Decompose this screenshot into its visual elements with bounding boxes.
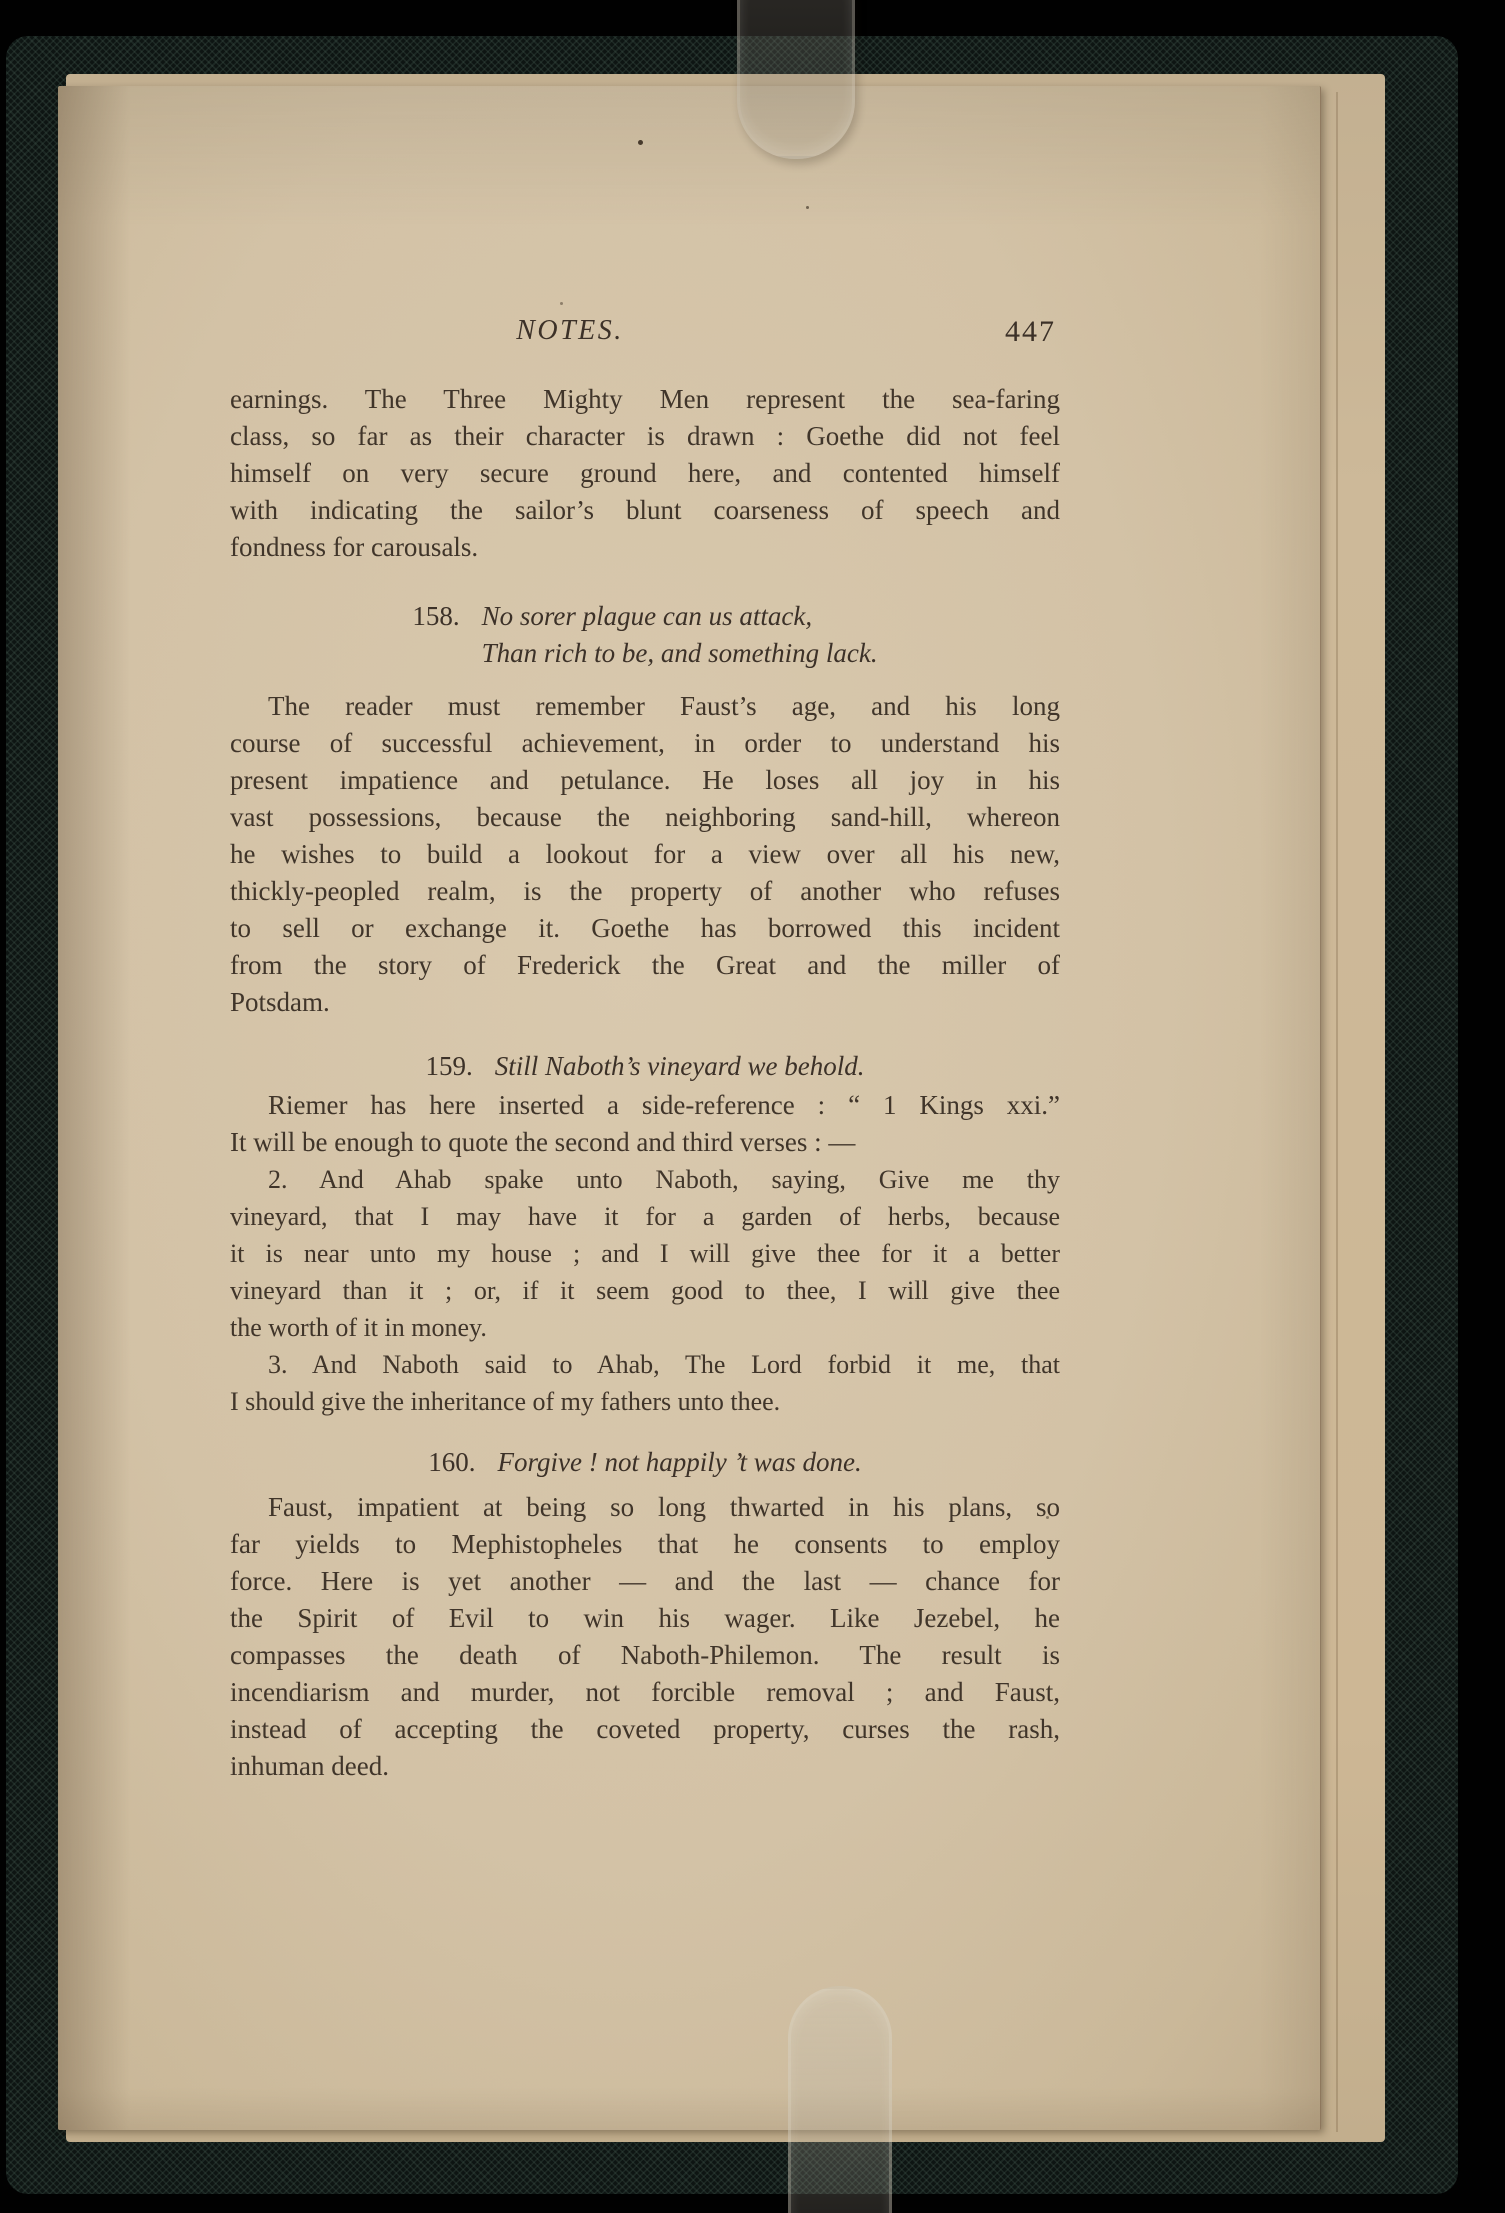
- scripture: 3. And Naboth said to Ahab, The Lord for…: [230, 1346, 1060, 1420]
- text-line: Riemer has here inserted a side-referenc…: [230, 1087, 1060, 1124]
- text-line: vineyard than it ; or, if it seem good t…: [230, 1272, 1060, 1309]
- text-line: he wishes to build a lookout for a view …: [230, 836, 1060, 873]
- text-line: the worth of it in money.: [230, 1309, 1060, 1346]
- note-heading: 159.Still Naboth’s vineyard we behold.: [230, 1048, 1060, 1085]
- dust-speck: [638, 140, 643, 145]
- text-line: vineyard, that I may have it for a garde…: [230, 1198, 1060, 1235]
- text-line: far yields to Mephistopheles that he con…: [230, 1526, 1060, 1563]
- text-line: compasses the death of Naboth-Philemon. …: [230, 1637, 1060, 1674]
- page-edge-seam: [1336, 92, 1338, 2132]
- note-number: 159.: [426, 1048, 473, 1085]
- text-line: It will be enough to quote the second an…: [230, 1124, 1060, 1161]
- text-line: Potsdam.: [230, 984, 1060, 1021]
- text-line: fondness for carousals.: [230, 529, 1060, 566]
- text-line: class, so far as their character is draw…: [230, 418, 1060, 455]
- text-line: to sell or exchange it. Goethe has borro…: [230, 910, 1060, 947]
- dust-speck: [1046, 1516, 1049, 1519]
- dust-speck: [806, 206, 809, 209]
- text-line: inhuman deed.: [230, 1748, 1060, 1785]
- text-line: thickly-peopled realm, is the property o…: [230, 873, 1060, 910]
- text-line: Faust, impatient at being so long thwart…: [230, 1489, 1060, 1526]
- book-photo: NOTES. 447 earnings. The Three Mighty Me…: [0, 0, 1505, 2213]
- text-line: The reader must remember Faust’s age, an…: [230, 688, 1060, 725]
- text-line: vast possessions, because the neighborin…: [230, 799, 1060, 836]
- verse-line: Still Naboth’s vineyard we behold.: [495, 1048, 865, 1085]
- page-header: NOTES. 447: [230, 315, 1060, 355]
- paragraph: Faust, impatient at being so long thwart…: [230, 1489, 1060, 1785]
- verse-line: Forgive ! not happily ’t was done.: [498, 1444, 862, 1481]
- note-heading: 160.Forgive ! not happily ’t was done.: [230, 1444, 1060, 1481]
- dust-speck: [560, 302, 563, 305]
- verse-line: No sorer plague can us attack,: [482, 598, 878, 635]
- note-number: 158.: [412, 598, 459, 672]
- text-line: earnings. The Three Mighty Men represent…: [230, 381, 1060, 418]
- text-line: instead of accepting the coveted propert…: [230, 1711, 1060, 1748]
- page-holder-strap-bottom: [788, 1986, 892, 2213]
- verse-line: Than rich to be, and something lack.: [482, 635, 878, 672]
- book-page: NOTES. 447 earnings. The Three Mighty Me…: [58, 86, 1321, 2130]
- note-verse-quote: No sorer plague can us attack,Than rich …: [482, 598, 878, 672]
- text-line: course of successful achievement, in ord…: [230, 725, 1060, 762]
- note-heading: 158.No sorer plague can us attack,Than r…: [230, 598, 1060, 672]
- paragraph: earnings. The Three Mighty Men represent…: [230, 381, 1060, 566]
- text-column: NOTES. 447 earnings. The Three Mighty Me…: [230, 315, 1060, 1785]
- note-number: 160.: [428, 1444, 475, 1481]
- page-title: NOTES.: [230, 315, 910, 347]
- text-line: the Spirit of Evil to win his wager. Lik…: [230, 1600, 1060, 1637]
- text-line: incendiarism and murder, not forcible re…: [230, 1674, 1060, 1711]
- text-line: force. Here is yet another — and the las…: [230, 1563, 1060, 1600]
- text-line: 3. And Naboth said to Ahab, The Lord for…: [230, 1346, 1060, 1383]
- text-line: present impatience and petulance. He los…: [230, 762, 1060, 799]
- note-verse-quote: Forgive ! not happily ’t was done.: [498, 1444, 862, 1481]
- scripture: 2. And Ahab spake unto Naboth, saying, G…: [230, 1161, 1060, 1346]
- text-line: with indicating the sailor’s blunt coars…: [230, 492, 1060, 529]
- text-line: I should give the inheritance of my fath…: [230, 1383, 1060, 1420]
- paragraph: Riemer has here inserted a side-referenc…: [230, 1087, 1060, 1161]
- text-line: from the story of Frederick the Great an…: [230, 947, 1060, 984]
- text-line: 2. And Ahab spake unto Naboth, saying, G…: [230, 1161, 1060, 1198]
- text-line: himself on very secure ground here, and …: [230, 455, 1060, 492]
- page-holder-strap-top: [737, 0, 855, 159]
- text-line: it is near unto my house ; and I will gi…: [230, 1235, 1060, 1272]
- note-verse-quote: Still Naboth’s vineyard we behold.: [495, 1048, 865, 1085]
- page-number: 447: [1005, 315, 1056, 349]
- paragraph: The reader must remember Faust’s age, an…: [230, 688, 1060, 1021]
